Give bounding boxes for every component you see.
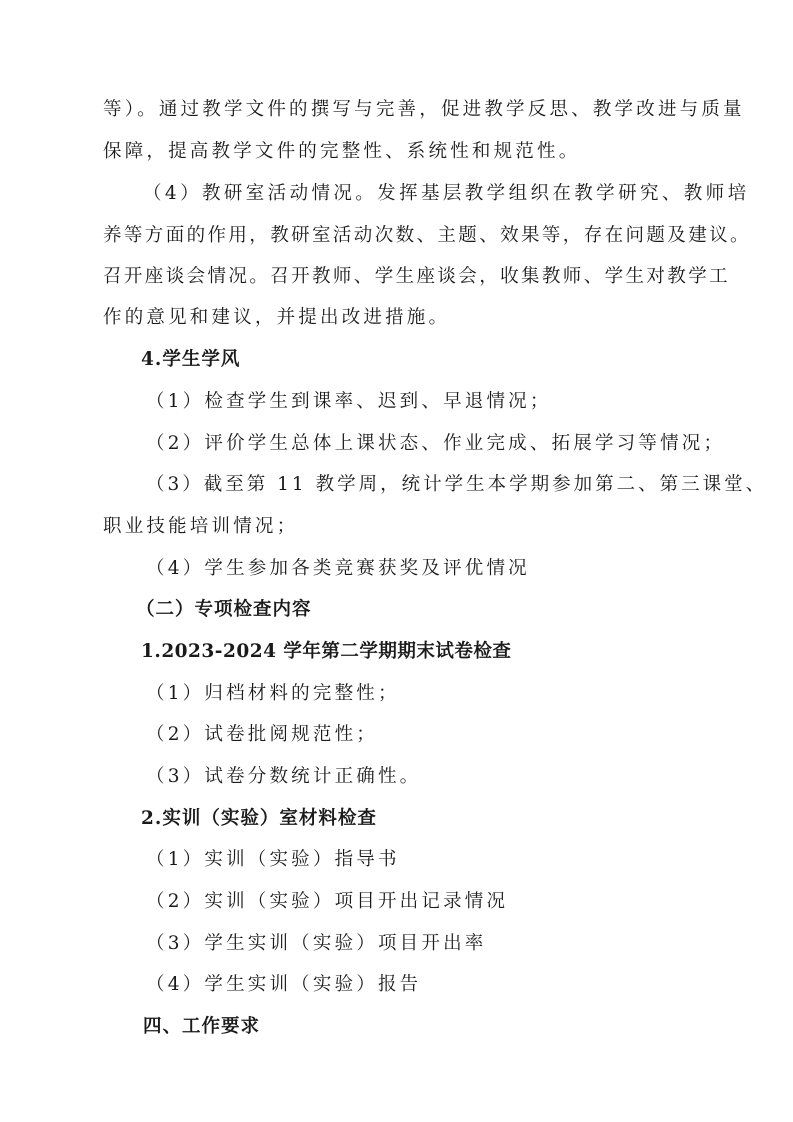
- list-item: （2）试卷批阅规范性；: [146, 723, 746, 747]
- paragraph-line: 召开座谈会情况。召开教师、学生座谈会，收集教师、学生对教学工: [103, 265, 703, 289]
- list-item: （1）检查学生到课率、迟到、早退情况；: [146, 390, 746, 414]
- list-item: （4）学生参加各类竞赛获奖及评优情况: [146, 557, 746, 581]
- section-heading-special-inspection: （二）专项检查内容: [136, 598, 736, 622]
- list-item: （1）实训（实验）指导书: [146, 848, 746, 872]
- paragraph-line: （4）教研室活动情况。发挥基层教学组织在教学研究、教师培: [143, 182, 743, 206]
- paragraph-line: 保障，提高教学文件的完整性、系统性和规范性。: [103, 140, 703, 164]
- document-page: 等）。通过教学文件的撰写与完善，促进教学反思、教学改进与质量 保障，提高教学文件…: [0, 0, 793, 1122]
- list-item: （2）评价学生总体上课状态、作业完成、拓展学习等情况；: [146, 432, 746, 456]
- list-item: （4）学生实训（实验）报告: [146, 973, 746, 997]
- list-item: （1）归档材料的完整性；: [146, 682, 746, 706]
- subsection-heading-lab-check: 2.实训（实验）室材料检查: [141, 807, 741, 831]
- list-item: （3）截至第 11 教学周，统计学生本学期参加第二、第三课堂、: [146, 473, 746, 497]
- paragraph-line: 等）。通过教学文件的撰写与完善，促进教学反思、教学改进与质量: [103, 98, 703, 122]
- list-item: （3）学生实训（实验）项目开出率: [146, 932, 746, 956]
- list-item: （3）试卷分数统计正确性。: [146, 765, 746, 789]
- subsection-heading-exam-check: 1.2023-2024 学年第二学期期末试卷检查: [141, 640, 741, 664]
- section-heading-work-requirements: 四、工作要求: [143, 1015, 743, 1039]
- section-heading-student-study: 4.学生学风: [141, 348, 741, 372]
- list-item-continuation: 职业技能培训情况；: [103, 515, 703, 539]
- list-item: （2）实训（实验）项目开出记录情况: [146, 890, 746, 914]
- paragraph-line: 养等方面的作用，教研室活动次数、主题、效果等，存在问题及建议。: [103, 224, 703, 248]
- paragraph-line: 作的意见和建议，并提出改进措施。: [103, 306, 703, 330]
